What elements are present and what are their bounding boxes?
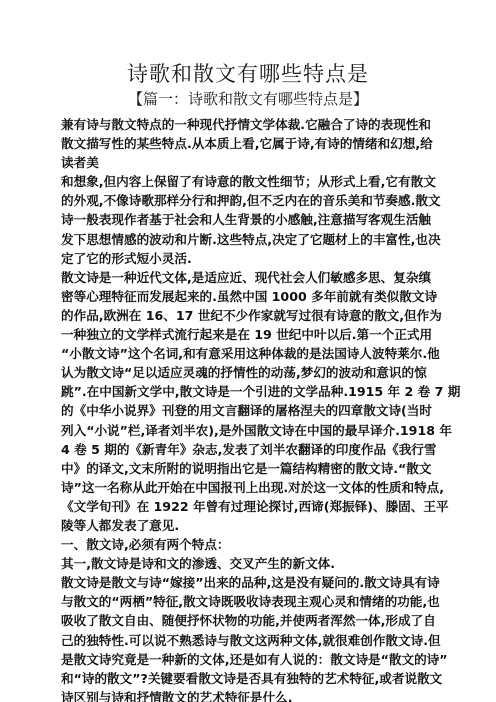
body-line: 和想象,但内容上保留了有诗意的散文性细节；从形式上看,它有散文 <box>61 172 441 191</box>
body-line: 一、散文诗,必须有两个特点： <box>61 535 441 554</box>
body-line: 4 卷 5 期的《新青年》杂志,发表了刘半农翻译的印度作品《我行雪 <box>61 440 441 459</box>
body-line: 与散文的“两栖”特征,散文诗既吸收诗表现主观心灵和情绪的功能,也 <box>61 592 441 611</box>
body-line: 吸收了散文自由、随便抒怀状物的功能,并使两者浑然一体,形成了自 <box>61 611 441 630</box>
body-line: 是散文诗究竟是一种新的文体,还是如有人说的：散文诗是“散文的诗” <box>61 650 441 669</box>
body-line: 定了它的形式短小灵活. <box>61 249 441 268</box>
body-line: 散文诗是散文与诗“嫁接”出来的品种,这是没有疑问的.散文诗具有诗 <box>61 573 441 592</box>
body-line: 和“诗的散文”?关键要看散文诗是否具有独特的艺术特征,或者说散文 <box>61 669 441 688</box>
section-heading: 【篇一：诗歌和散文有哪些特点是】 <box>0 88 496 109</box>
body-line: 列入“小说”栏,译者刘半农),是外国散文诗在中国的最早译介.1918 年 <box>61 421 441 440</box>
document-title: 诗歌和散文有哪些特点是 <box>0 58 496 88</box>
body-line: 陵等人都发表了意见. <box>61 516 441 535</box>
body-line: 一种独立的文学样式流行起来是在 19 世纪中叶以后.第一个正式用 <box>61 325 441 344</box>
body-line: 诗区别与诗和抒情散文的艺术特征是什么. <box>61 688 441 702</box>
body-line: 《文学旬刊》在 1922 年曾有过理论探讨,西谛(郑振铎)、滕固、王平 <box>61 497 441 516</box>
body-line: 兼有诗与散文特点的一种现代抒情文学体裁.它融合了诗的表现性和 <box>61 115 441 134</box>
body-line: 诗”这一名称从此开始在中国报刊上出现.对於这一文体的性质和特点, <box>61 478 441 497</box>
body-line: “小散文诗”这个名词,和有意采用这种体裁的是法国诗人波特莱尔.他 <box>61 344 441 363</box>
document-body: 兼有诗与散文特点的一种现代抒情文学体裁.它融合了诗的表现性和 散文描写性的某些特… <box>61 115 441 702</box>
body-line: 认为散文诗“足以适应灵魂的抒情性的动荡,梦幻的波动和意识的惊 <box>61 363 441 382</box>
body-line: 其一,散文诗是诗和文的渗透、交叉产生的新文体. <box>61 554 441 573</box>
body-line: 己的独特性.可以说不熟悉诗与散文这两种文体,就很难创作散文诗.但 <box>61 631 441 650</box>
body-line: 的作品,欧洲在 16、17 世纪不少作家就写过很有诗意的散文,但作为 <box>61 306 441 325</box>
body-line: 散文描写性的某些特点.从本质上看,它属于诗,有诗的情绪和幻想,给 <box>61 134 441 153</box>
body-line: 跳”.在中国新文学中,散文诗是一个引进的文学品种.1915 年 2 卷 7 期 <box>61 382 441 401</box>
body-line: 散文诗是一种近代文体,是适应近、现代社会人们敏感多思、复杂缜 <box>61 268 441 287</box>
body-line: 密等心理特征而发展起来的.虽然中国 1000 多年前就有类似散文诗 <box>61 287 441 306</box>
body-line: 读者美 <box>61 153 441 172</box>
body-line: 诗一般表现作者基于社会和人生背景的小感触,注意描写客观生活触 <box>61 210 441 229</box>
body-line: 中》的译文,文末所附的说明指出它是一篇结构精密的散文诗.“散文 <box>61 459 441 478</box>
body-line: 的外观,不像诗歌那样分行和押韵,但不乏内在的音乐美和节奏感.散文 <box>61 191 441 210</box>
body-line: 的《中华小说界》刊登的用文言翻译的屠格涅夫的四章散文诗(当时 <box>61 401 441 420</box>
body-line: 发下思想情感的波动和片断.这些特点,决定了它题材上的丰富性,也决 <box>61 230 441 249</box>
